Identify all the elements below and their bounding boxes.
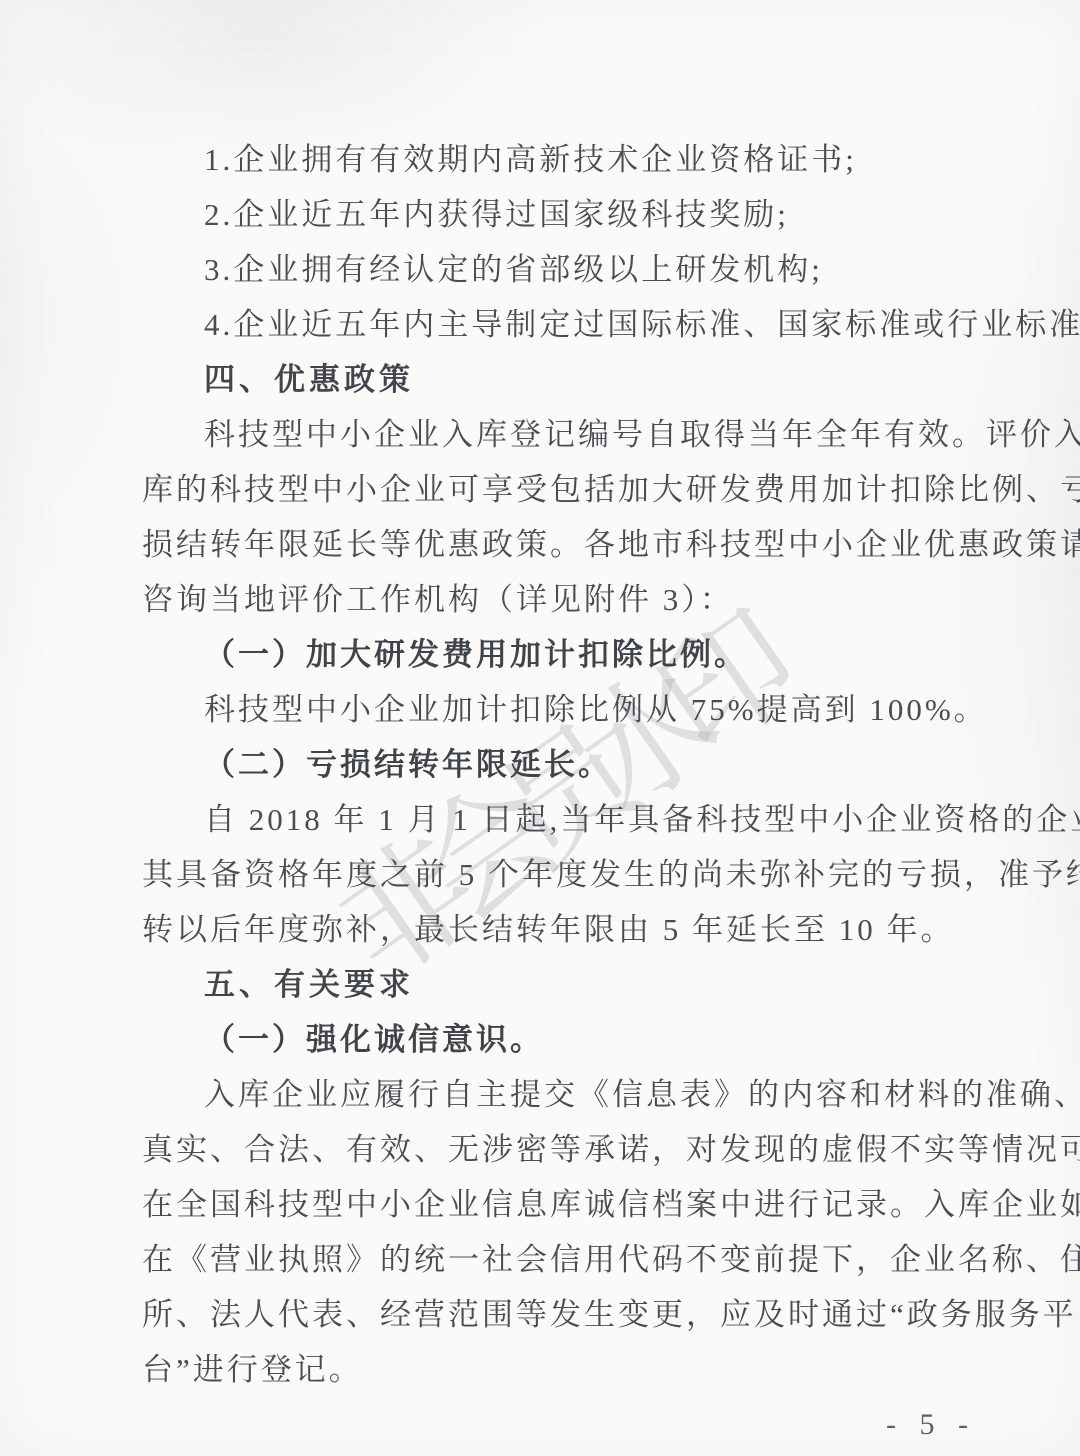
section-4-item-2-heading: （二）亏损结转年限延长。 [142, 737, 972, 792]
section-4-item-1-heading: （一）加大研发费用加计扣除比例。 [142, 627, 972, 682]
document-content: 1.企业拥有有效期内高新技术企业资格证书; 2.企业近五年内获得过国家级科技奖励… [142, 132, 972, 1397]
section-4-heading: 四、优惠政策 [142, 352, 972, 407]
criteria-item-4: 4.企业近五年内主导制定过国际标准、国家标准或行业标准。 [142, 297, 972, 352]
section-4-intro-line-1: 科技型中小企业入库登记编号自取得当年全年有效。评价入 [142, 407, 972, 462]
section-5-item-1-line-2: 真实、合法、有效、无涉密等承诺，对发现的虚假不实等情况可 [142, 1122, 972, 1177]
section-5-item-1-line-5: 所、法人代表、经营范围等发生变更，应及时通过“政务服务平 [142, 1287, 972, 1342]
section-4-item-1-body: 科技型中小企业加计扣除比例从 75%提高到 100%。 [142, 682, 972, 737]
section-4-item-2-line-3: 转以后年度弥补，最长结转年限由 5 年延长至 10 年。 [142, 902, 972, 957]
section-5-item-1-heading: （一）强化诚信意识。 [142, 1012, 972, 1067]
section-5-item-1-line-4: 在《营业执照》的统一社会信用代码不变前提下，企业名称、住 [142, 1232, 972, 1287]
page-number: - 5 - [886, 1408, 976, 1442]
section-4-intro-line-3: 损结转年限延长等优惠政策。各地市科技型中小企业优惠政策请 [142, 517, 972, 572]
section-4-intro-line-4: 咨询当地评价工作机构（详见附件 3）： [142, 572, 972, 627]
section-4-intro-line-2: 库的科技型中小企业可享受包括加大研发费用加计扣除比例、亏 [142, 462, 972, 517]
section-4-item-2-line-1: 自 2018 年 1 月 1 日起,当年具备科技型中小企业资格的企业， [142, 792, 972, 847]
criteria-item-1: 1.企业拥有有效期内高新技术企业资格证书; [142, 132, 972, 187]
section-5-heading: 五、有关要求 [142, 957, 972, 1012]
section-4-item-2-line-2: 其具备资格年度之前 5 个年度发生的尚未弥补完的亏损，准予结 [142, 847, 972, 902]
section-5-item-1-line-1: 入库企业应履行自主提交《信息表》的内容和材料的准确、 [142, 1067, 972, 1122]
scanned-document-page: 非会员水印 1.企业拥有有效期内高新技术企业资格证书; 2.企业近五年内获得过国… [0, 0, 1080, 1456]
section-5-item-1-line-6: 台”进行登记。 [142, 1342, 972, 1397]
criteria-item-2: 2.企业近五年内获得过国家级科技奖励; [142, 187, 972, 242]
section-5-item-1-line-3: 在全国科技型中小企业信息库诚信档案中进行记录。入库企业如 [142, 1177, 972, 1232]
criteria-item-3: 3.企业拥有经认定的省部级以上研发机构; [142, 242, 972, 297]
